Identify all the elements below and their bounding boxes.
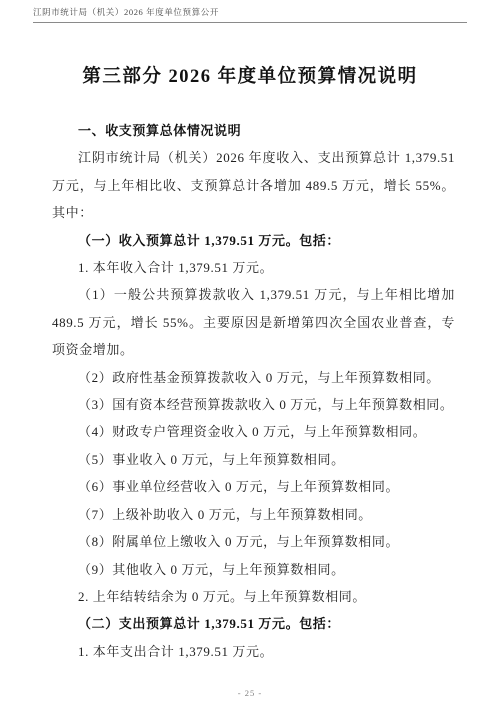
page-number: - 25 - (0, 688, 500, 698)
paragraph: （6）事业单位经营收入 0 万元，与上年预算数相同。 (52, 473, 455, 500)
paragraph: （2）政府性基金预算拨款收入 0 万元，与上年预算数相同。 (52, 364, 455, 391)
page-title: 第三部分 2026 年度单位预算情况说明 (0, 64, 500, 91)
subsection-heading: （一）收入预算总计 1,379.51 万元。包括： (52, 227, 455, 254)
paragraph: 1. 本年收入合计 1,379.51 万元。 (52, 254, 455, 281)
document-page: 江阴市统计局（机关）2026 年度单位预算公开 第三部分 2026 年度单位预算… (0, 0, 500, 707)
paragraph: 2. 上年结转结余为 0 万元。与上年预算数相同。 (52, 583, 455, 610)
paragraph: （7）上级补助收入 0 万元，与上年预算数相同。 (52, 501, 455, 528)
running-header: 江阴市统计局（机关）2026 年度单位预算公开 (33, 7, 467, 23)
paragraph: （8）附属单位上缴收入 0 万元，与上年预算数相同。 (52, 528, 455, 555)
paragraph: 1. 本年支出合计 1,379.51 万元。 (52, 638, 455, 665)
running-header-text: 江阴市统计局（机关）2026 年度单位预算公开 (33, 7, 467, 18)
header-rule (33, 22, 467, 23)
paragraph: 江阴市统计局（机关）2026 年度收入、支出预算总计 1,379.51 万元，与… (52, 144, 455, 226)
paragraph: （3）国有资本经营预算拨款收入 0 万元，与上年预算数相同。 (52, 391, 455, 418)
document-body: 一、收支预算总体情况说明 江阴市统计局（机关）2026 年度收入、支出预算总计 … (52, 117, 455, 665)
subsection-heading: （二）支出预算总计 1,379.51 万元。包括： (52, 610, 455, 637)
paragraph: （4）财政专户管理资金收入 0 万元，与上年预算数相同。 (52, 418, 455, 445)
paragraph: （1）一般公共预算拨款收入 1,379.51 万元，与上年相比增加 489.5 … (52, 281, 455, 363)
paragraph: （9）其他收入 0 万元，与上年预算数相同。 (52, 556, 455, 583)
section-heading: 一、收支预算总体情况说明 (52, 117, 455, 144)
paragraph: （5）事业收入 0 万元，与上年预算数相同。 (52, 446, 455, 473)
